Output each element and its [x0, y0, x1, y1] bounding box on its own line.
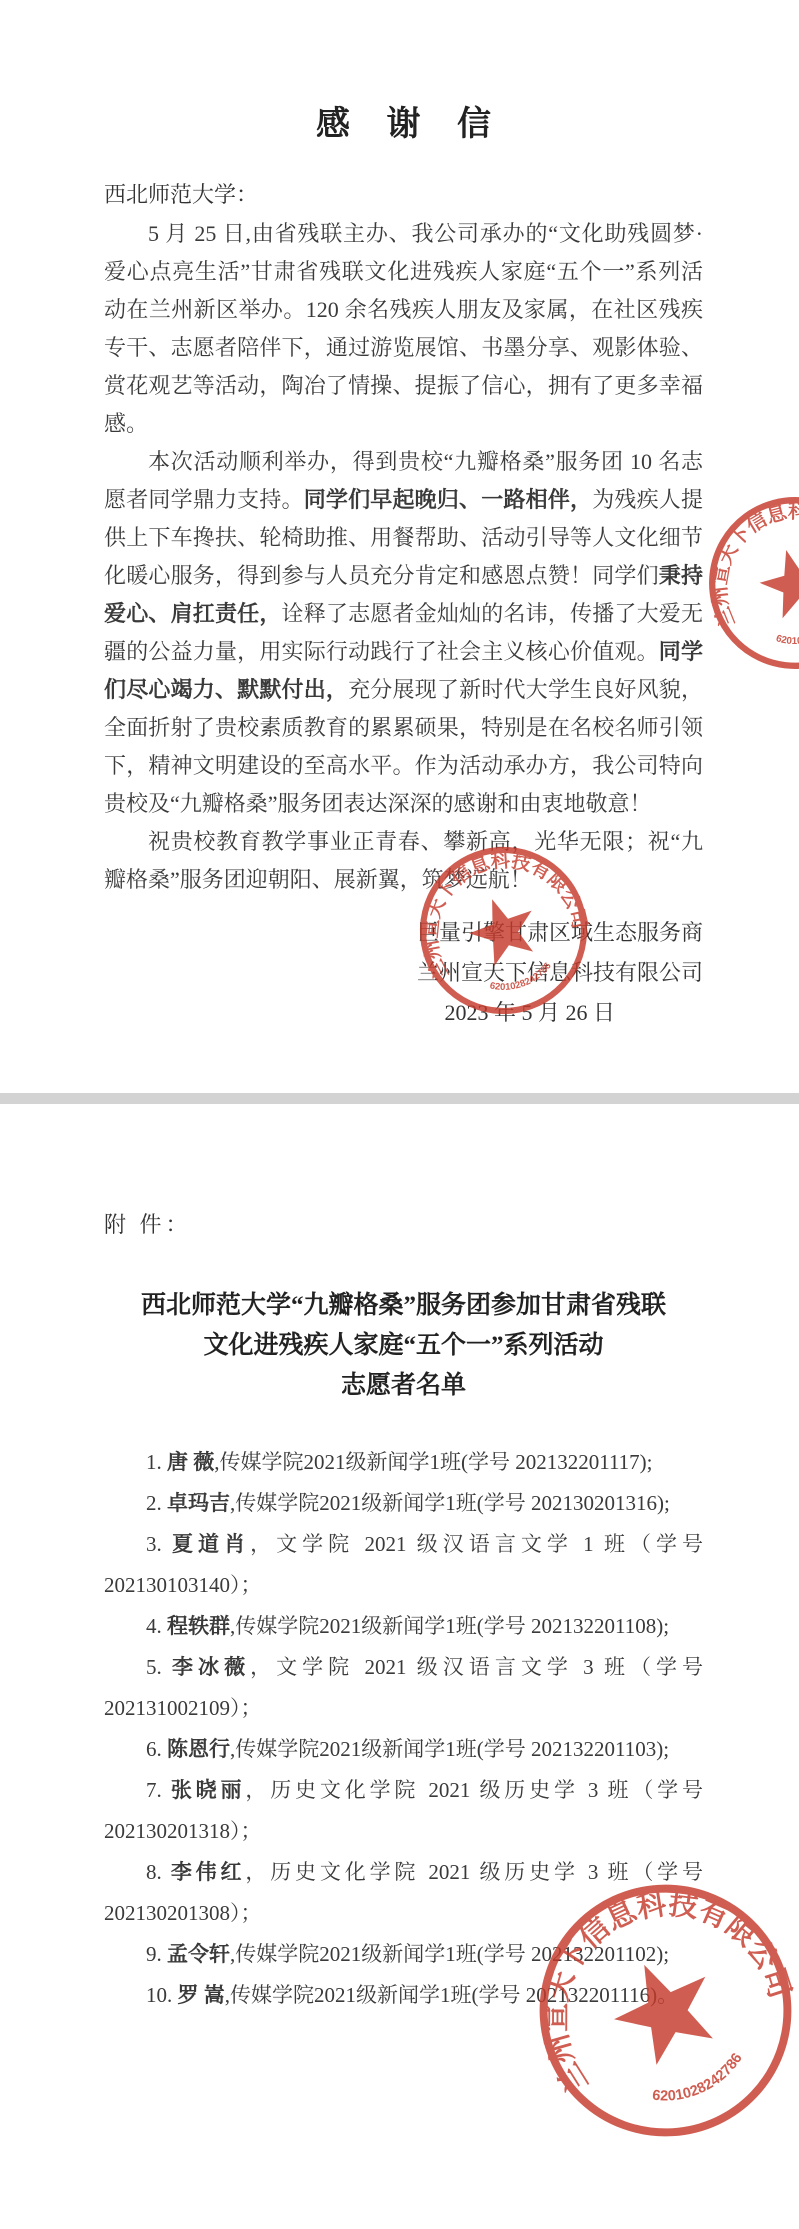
bold-text-run: 夏道肖: [172, 1532, 250, 1556]
text-run: 9.: [146, 1942, 167, 1966]
bold-text-run: 李冰薇: [172, 1655, 250, 1679]
text-run: 1.: [146, 1450, 167, 1474]
attachment-page: 附 件： 西北师范大学“九瓣格桑”服务团参加甘肃省残联 文化进残疾人家庭“五个一…: [0, 1104, 799, 2229]
text-run: 7.: [146, 1778, 171, 1802]
volunteer-list-item: 2. 卓玛吉,传媒学院2021级新闻学1班(学号 202130201316);: [104, 1483, 703, 1524]
text-run: ,传媒学院2021级新闻学1班(学号 202132201103);: [230, 1737, 669, 1761]
bold-text-run: 卓玛吉: [167, 1491, 230, 1515]
bold-text-run: 张晓丽: [171, 1778, 246, 1802]
bold-text-run: 程轶群: [167, 1614, 230, 1638]
letter-paragraph: 5 月 25 日,由省残联主办、我公司承办的“文化助残圆梦·爱心点亮生活”甘肃省…: [104, 215, 703, 443]
attachment-label: 附 件：: [104, 1204, 703, 1246]
volunteer-list-item: 7. 张晓丽，历史文化学院 2021 级历史学 3 班（学号 202130201…: [104, 1770, 703, 1852]
bold-text-run: 唐 薇: [167, 1450, 214, 1474]
letter-content: 感 谢 信 西北师范大学： 5 月 25 日,由省残联主办、我公司承办的“文化助…: [0, 96, 799, 1033]
attachment-title-line: 志愿者名单: [104, 1366, 703, 1406]
signature-role-line: 巨量引擎甘肃区域生态服务商: [104, 913, 703, 953]
letter-title: 感 谢 信: [104, 96, 703, 145]
bold-text-run: 李伟红: [171, 1860, 246, 1884]
svg-text:6201028242786: 6201028242786: [646, 2047, 753, 2118]
attachment-content: 附 件： 西北师范大学“九瓣格桑”服务团参加甘肃省残联 文化进残疾人家庭“五个一…: [0, 1204, 799, 2016]
letter-page: 感 谢 信 西北师范大学： 5 月 25 日,由省残联主办、我公司承办的“文化助…: [0, 0, 799, 1093]
volunteer-list-item: 4. 程轶群,传媒学院2021级新闻学1班(学号 202132201108);: [104, 1606, 703, 1647]
text-run: ,传媒学院2021级新闻学1班(学号 202132201117);: [214, 1450, 652, 1474]
volunteer-list-item: 8. 李伟红，历史文化学院 2021 级历史学 3 班（学号 202130201…: [104, 1852, 703, 1934]
text-run: ,传媒学院2021级新闻学1班(学号 202132201116)。: [225, 1983, 678, 2007]
attachment-title-line: 文化进残疾人家庭“五个一”系列活动: [104, 1326, 703, 1366]
volunteer-roster: 1. 唐 薇,传媒学院2021级新闻学1班(学号 202132201117);2…: [104, 1442, 703, 2016]
letter-paragraph: 本次活动顺利举办，得到贵校“九瓣格桑”服务团 10 名志愿者同学鼎力支持。同学们…: [104, 443, 703, 823]
salutation: 西北师范大学：: [104, 175, 703, 215]
text-run: 8.: [146, 1860, 171, 1884]
volunteer-list-item: 10. 罗 嵩,传媒学院2021级新闻学1班(学号 202132201116)。: [104, 1975, 703, 2016]
attachment-title-line: 西北师范大学“九瓣格桑”服务团参加甘肃省残联: [104, 1286, 703, 1326]
text-run: ,传媒学院2021级新闻学1班(学号 202132201108);: [230, 1614, 669, 1638]
scanned-letter-document: 感 谢 信 西北师范大学： 5 月 25 日,由省残联主办、我公司承办的“文化助…: [0, 0, 799, 2229]
volunteer-list-item: 1. 唐 薇,传媒学院2021级新闻学1班(学号 202132201117);: [104, 1442, 703, 1483]
text-run: 5 月 25 日,由省残联主办、我公司承办的“文化助残圆梦·爱心点亮生活”甘肃省…: [104, 221, 703, 436]
text-run: 4.: [146, 1614, 167, 1638]
text-run: 祝贵校教育教学事业正青春、攀新高，光华无限；祝“九瓣格桑”服务团迎朝阳、展新翼，…: [104, 829, 703, 892]
volunteer-list-item: 5. 李冰薇，文学院 2021 级汉语言文学 3 班（学号 2021310021…: [104, 1647, 703, 1729]
stamp-serial-number: 6201028242786: [646, 2047, 753, 2118]
attachment-title: 西北师范大学“九瓣格桑”服务团参加甘肃省残联 文化进残疾人家庭“五个一”系列活动…: [104, 1286, 703, 1406]
signature-company-line: 兰州宣天下信息科技有限公司: [104, 953, 703, 993]
page-separator: [0, 1093, 799, 1104]
volunteer-list-item: 9. 孟令轩,传媒学院2021级新闻学1班(学号 202132201102);: [104, 1934, 703, 1975]
text-run: ,传媒学院2021级新闻学1班(学号 202132201102);: [230, 1942, 669, 1966]
signature-block: 巨量引擎甘肃区域生态服务商 兰州宣天下信息科技有限公司 2023 年 5 月 2…: [104, 913, 703, 1033]
bold-text-run: 同学们早起晚归、一路相伴，: [304, 487, 592, 512]
text-run: 5.: [146, 1655, 172, 1679]
text-run: 2.: [146, 1491, 167, 1515]
text-run: 6.: [146, 1737, 167, 1761]
volunteer-list-item: 3. 夏道肖，文学院 2021 级汉语言文学 1 班（学号 2021301031…: [104, 1524, 703, 1606]
signature-date: 2023 年 5 月 26 日: [104, 993, 703, 1033]
bold-text-run: 孟令轩: [167, 1942, 230, 1966]
volunteer-list-item: 6. 陈恩行,传媒学院2021级新闻学1班(学号 202132201103);: [104, 1729, 703, 1770]
text-run: 10.: [146, 1983, 178, 2007]
bold-text-run: 罗 嵩: [178, 1983, 225, 2007]
text-run: 3.: [146, 1532, 172, 1556]
text-run: ,传媒学院2021级新闻学1班(学号 202130201316);: [230, 1491, 670, 1515]
bold-text-run: 陈恩行: [167, 1737, 230, 1761]
letter-paragraph: 祝贵校教育教学事业正青春、攀新高，光华无限；祝“九瓣格桑”服务团迎朝阳、展新翼，…: [104, 823, 703, 899]
